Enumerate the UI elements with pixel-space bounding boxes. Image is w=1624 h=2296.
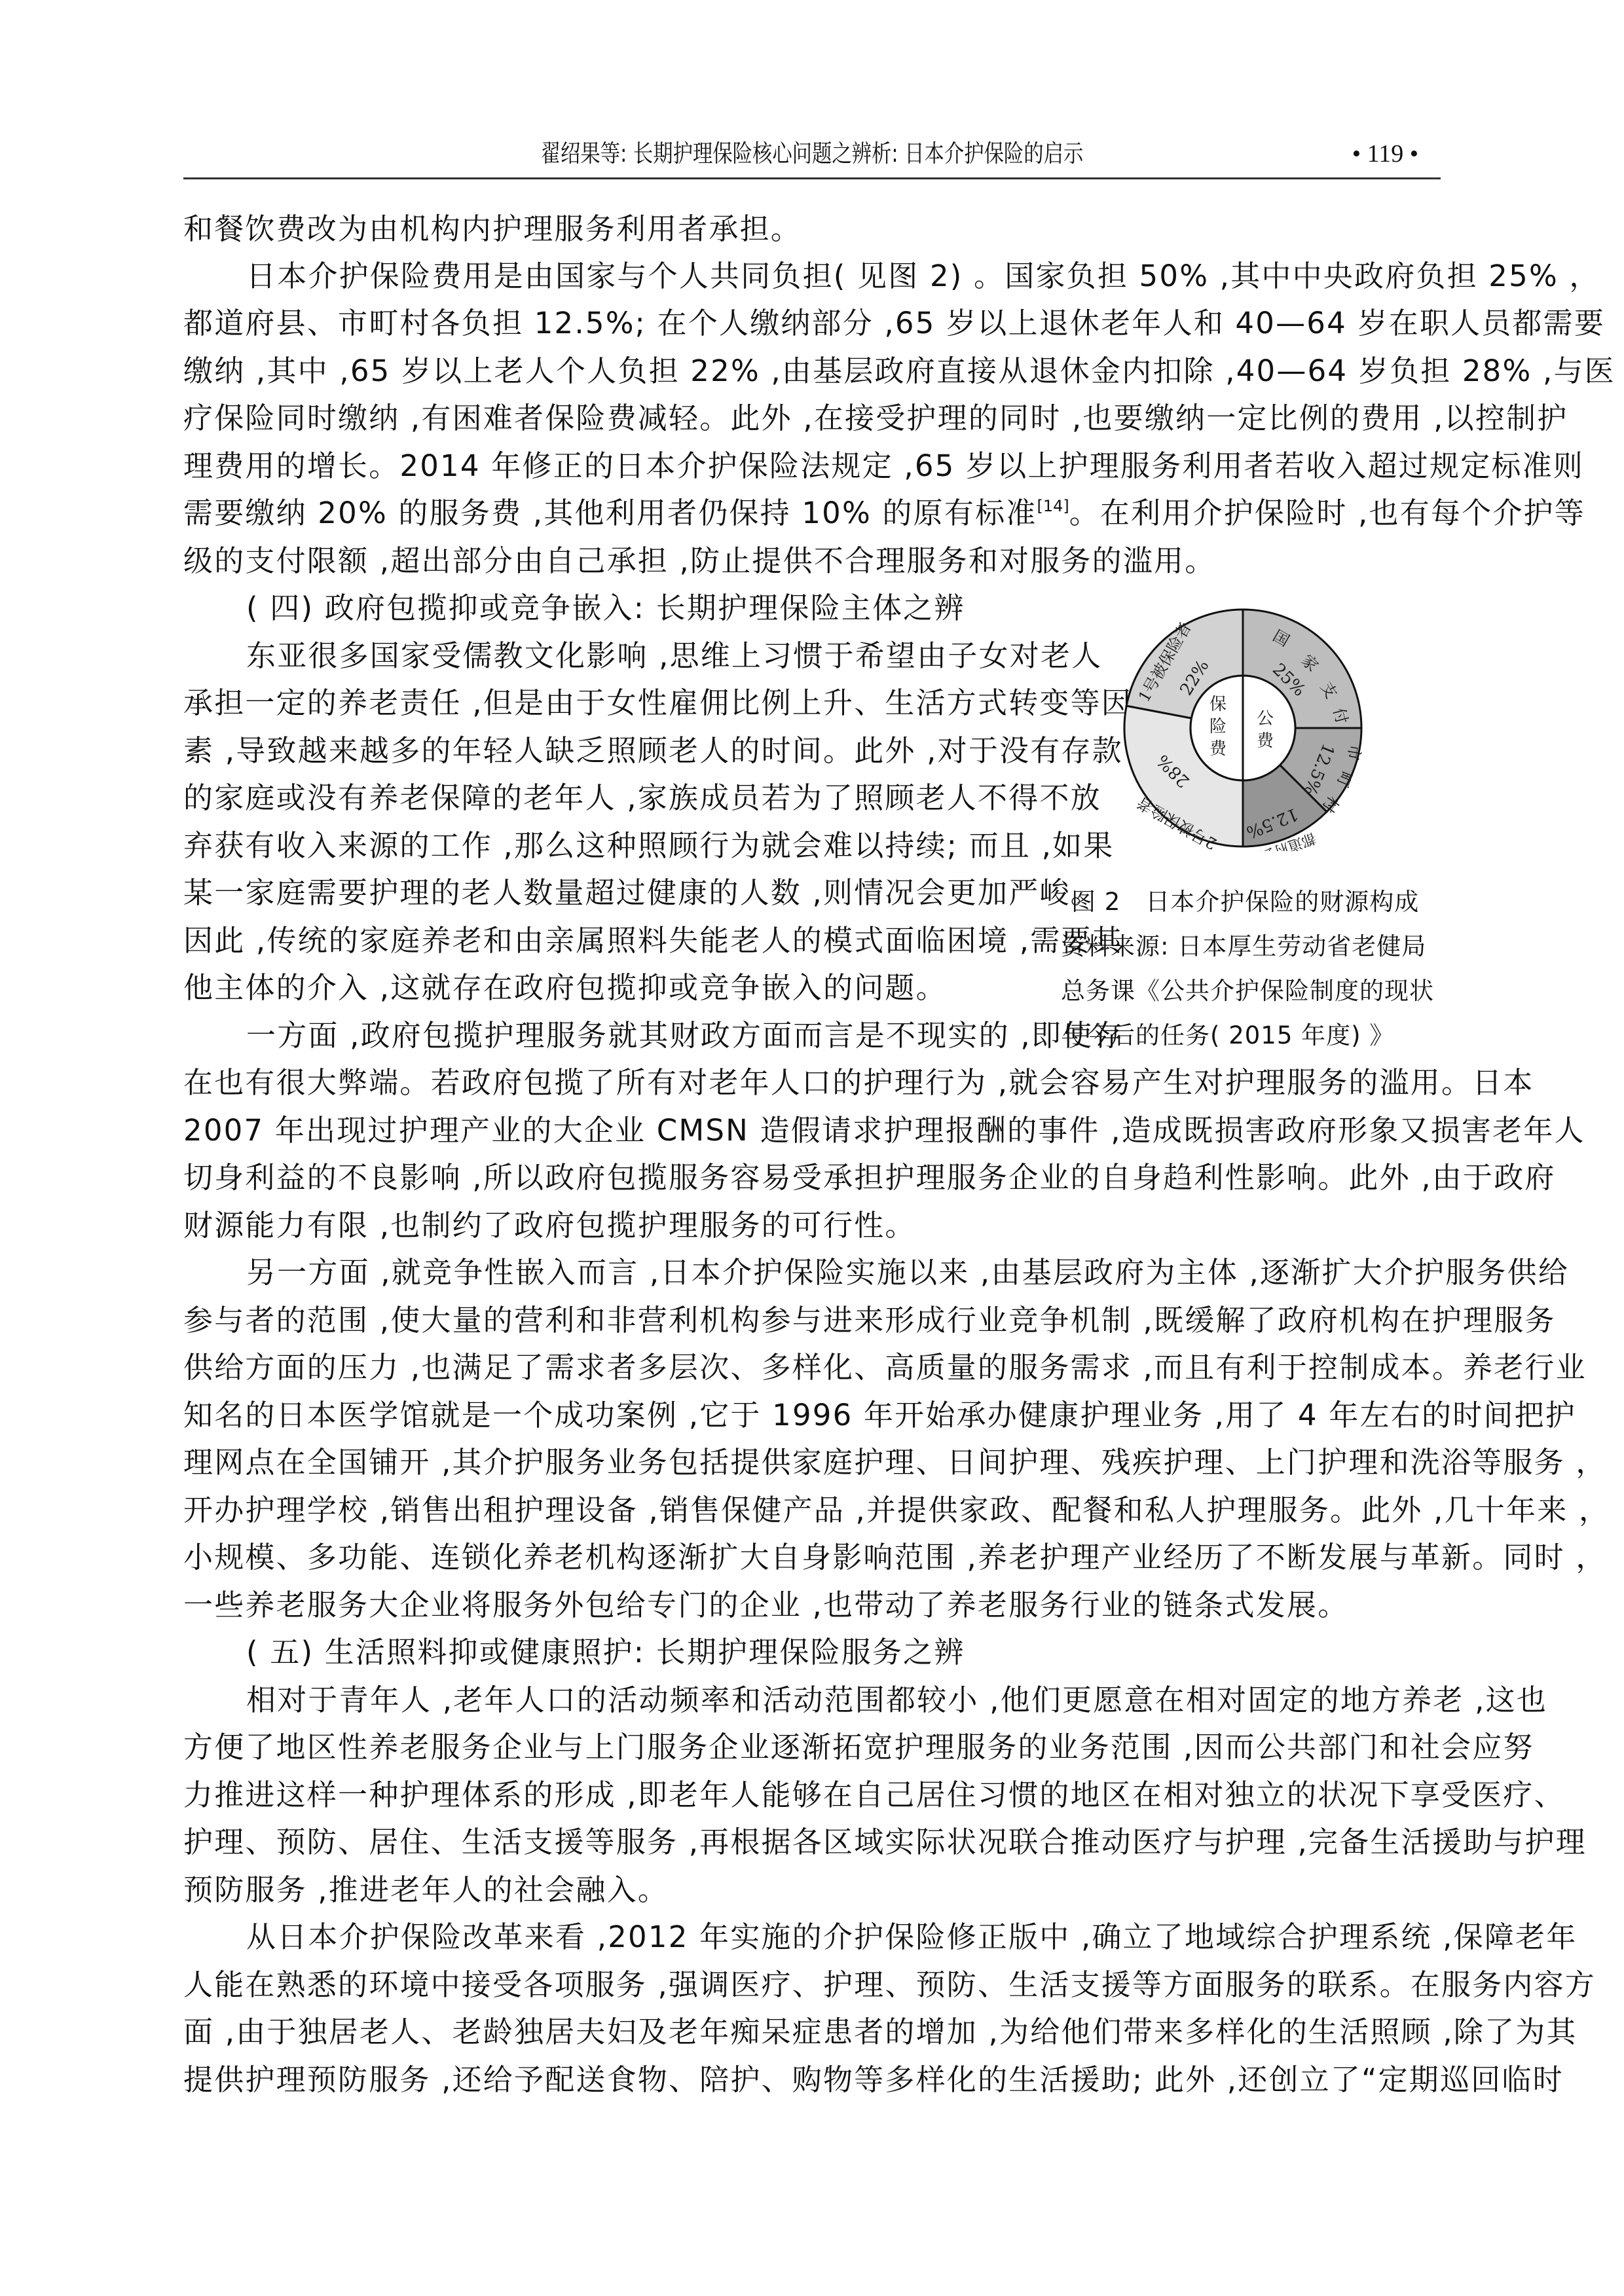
text-line: 供给方面的压力 ,也满足了需求者多层次、多样化、高质量的服务需求 ,而且有利于控… <box>183 1344 1441 1391</box>
inner-label-char: 费 <box>1257 731 1274 751</box>
text-line: 某一家庭需要护理的老人数量超过健康的人数 ,则情况会更加严峻。 <box>183 869 1041 917</box>
header-rule <box>183 177 1441 179</box>
inner-label-char: 险 <box>1209 717 1227 737</box>
text-line: 预防服务 ,推进老年人的社会融入。 <box>183 1867 1441 1914</box>
figure-source-line: 总务课《公共介护保险制度的现状 <box>1061 969 1441 1013</box>
text-line: 日本介护保险费用是由国家与个人共同负担( 见图 2) 。国家负担 50% ,其中… <box>246 253 1441 300</box>
inner-label-insurance-premium: 保 <box>1209 695 1227 714</box>
text-line: 都道府县、市町村各负担 12.5%; 在个人缴纳部分 ,65 岁以上退休老年人和… <box>183 300 1441 347</box>
text-line: 和餐饮费改为由机构内护理服务利用者承担。 <box>183 206 1441 253</box>
text-line: 面 ,由于独居老人、老龄独居夫妇及老年痴呆症患者的增加 ,为给他们带来多样化的生… <box>183 2009 1441 2056</box>
figure-2-donut-chart: 保 险 费 公 费 国 家 支 付 25% 市 町 村 12.5% 都道府县 1… <box>1120 605 1366 851</box>
text-line: 人能在熟悉的环境中接受各项服务 ,强调医疗、护理、预防、生活支援等方面服务的联系… <box>183 1961 1441 2009</box>
text-line: 在也有很大弊端。若政府包揽了所有对老年人口的护理行为 ,就会容易产生对护理服务的… <box>183 1059 1441 1106</box>
text-line: 切身利益的不良影响 ,所以政府包揽服务容易受承担护理服务企业的自身趋利性影响。此… <box>183 1154 1441 1201</box>
text-line: 方便了地区性养老服务企业与上门服务企业逐渐拓宽护理服务的业务范围 ,因而公共部门… <box>183 1724 1441 1771</box>
text-line: 知名的日本医学馆就是一个成功案例 ,它于 1996 年开始承办健康护理业务 ,用… <box>183 1392 1441 1439</box>
figure-caption-title: 图 2 日本介护保险的财源构成 <box>1071 880 1451 924</box>
running-title: 翟绍果等: 长期护理保险核心问题之辨析: 日本介护保险的启示 <box>297 134 1327 173</box>
text-line: 级的支付限额 ,超出部分由自己承担 ,防止提供不合理服务和对服务的滥用。 <box>183 538 1441 585</box>
label-municipality: 市 <box>1344 743 1365 761</box>
text-line: 缴纳 ,其中 ,65 岁以上老人个人负担 22% ,由基层政府直接从退休金内扣除… <box>183 348 1441 395</box>
text-segment: 需要缴纳 20% 的服务费 ,其他利用者仍保持 10% 的原有标准[14]。在利… <box>183 490 1585 537</box>
text-line: 参与者的范围 ,使大量的营利和非营利机构参与进来形成行业竞争机制 ,既缓解了政府… <box>183 1297 1441 1344</box>
text-line: 提供护理预防服务 ,还给予配送食物、陪护、购物等多样化的生活援助; 此外 ,还创… <box>183 2056 1441 2104</box>
text-line: 疗保险同时缴纳 ,有困难者保险费减轻。此外 ,在接受护理的同时 ,也要缴纳一定比… <box>183 395 1441 442</box>
text-line: 一些养老服务大企业将服务外包给专门的企业 ,也带动了养老服务行业的链条式发展。 <box>183 1582 1441 1629</box>
figure-source-line: 资料来源: 日本厚生劳动省老健局 <box>1061 924 1441 969</box>
citation[interactable]: [14] <box>1037 497 1069 515</box>
inner-label-char: 费 <box>1209 739 1227 759</box>
text-line: 2007 年出现过护理产业的大企业 CMSN 造假请求护理报酬的事件 ,造成既损… <box>183 1107 1441 1154</box>
text-line: 东亚很多国家受儒教文化影响 ,思维上习惯于希望由子女对老人 <box>246 632 1041 680</box>
text-line: 理费用的增长。2014 年修正的日本介护保险法规定 ,65 岁以上护理服务利用者… <box>183 443 1441 490</box>
page-number: • 119 • <box>1352 134 1418 173</box>
inner-label-public-funds: 公 <box>1257 709 1274 729</box>
text-line: 一方面 ,政府包揽护理服务就其财政方面而言是不现实的 ,即使存 <box>246 1012 1041 1059</box>
text-line: 护理、预防、居住、生活支援等服务 ,再根据各区域实际状况联合推动医疗与护理 ,完… <box>183 1819 1441 1866</box>
text-line: 力推进这样一种护理体系的形成 ,即老年人能够在自己居住习惯的地区在相对独立的状况… <box>183 1772 1441 1819</box>
donut-chart-svg: 保 险 费 公 费 国 家 支 付 25% 市 町 村 12.5% 都道府县 1… <box>1120 605 1366 851</box>
text-line: 的家庭或没有养老保障的老年人 ,家族成员若为了照顾老人不得不放 <box>183 774 1041 822</box>
text-line: 理网点在全国铺开 ,其介护服务业务包括提供家庭护理、日间护理、残疾护理、上门护理… <box>183 1439 1441 1486</box>
text-line: 相对于青年人 ,老年人口的活动频率和活动范围都较小 ,他们更愿意在相对固定的地方… <box>246 1677 1441 1724</box>
text-line: 他主体的介入 ,这就存在政府包揽抑或竞争嵌入的问题。 <box>183 964 1041 1011</box>
text-line: 因此 ,传统的家庭养老和由亲属照料失能老人的模式面临困境 ,需要其 <box>183 917 1041 964</box>
text-line: 财源能力有限 ,也制约了政府包揽护理服务的可行性。 <box>183 1202 1441 1249</box>
section-heading-4: ( 四) 政府包揽抑或竞争嵌入: 长期护理保险主体之辨 <box>246 585 1228 632</box>
text-line: 另一方面 ,就竞争性嵌入而言 ,日本介护保险实施以来 ,由基层政府为主体 ,逐渐… <box>246 1249 1441 1296</box>
text-line: 承担一定的养老责任 ,但是由于女性雇佣比例上升、生活方式转变等因 <box>183 680 1041 727</box>
running-head: 翟绍果等: 长期护理保险核心问题之辨析: 日本介护保险的启示 • 119 • <box>183 134 1441 173</box>
text-line: 素 ,导致越来越多的年轻人缺乏照顾老人的时间。此外 ,对于没有存款 <box>183 727 1041 774</box>
text-line: 从日本介护保险改革来看 ,2012 年实施的介护保险修正版中 ,确立了地域综合护… <box>246 1914 1441 1961</box>
section-heading-5: ( 五) 生活照料抑或健康照护: 长期护理保险服务之辨 <box>246 1629 1228 1676</box>
text-line: 开办护理学校 ,销售出租护理设备 ,销售保健产品 ,并提供家政、配餐和私人护理服… <box>183 1487 1441 1534</box>
text-line: 弃获有收入来源的工作 ,那么这种照顾行为就会难以持续; 而且 ,如果 <box>183 822 1041 869</box>
text-line: 小规模、多功能、连锁化养老机构逐渐扩大自身影响范围 ,养老护理产业经历了不断发展… <box>183 1534 1441 1581</box>
text-line: 需要缴纳 20% 的服务费 ,其他利用者仍保持 10% 的原有标准[14]。在利… <box>183 490 1441 537</box>
figure-source-line: 与今后的任务( 2015 年度) 》 <box>1061 1013 1441 1058</box>
